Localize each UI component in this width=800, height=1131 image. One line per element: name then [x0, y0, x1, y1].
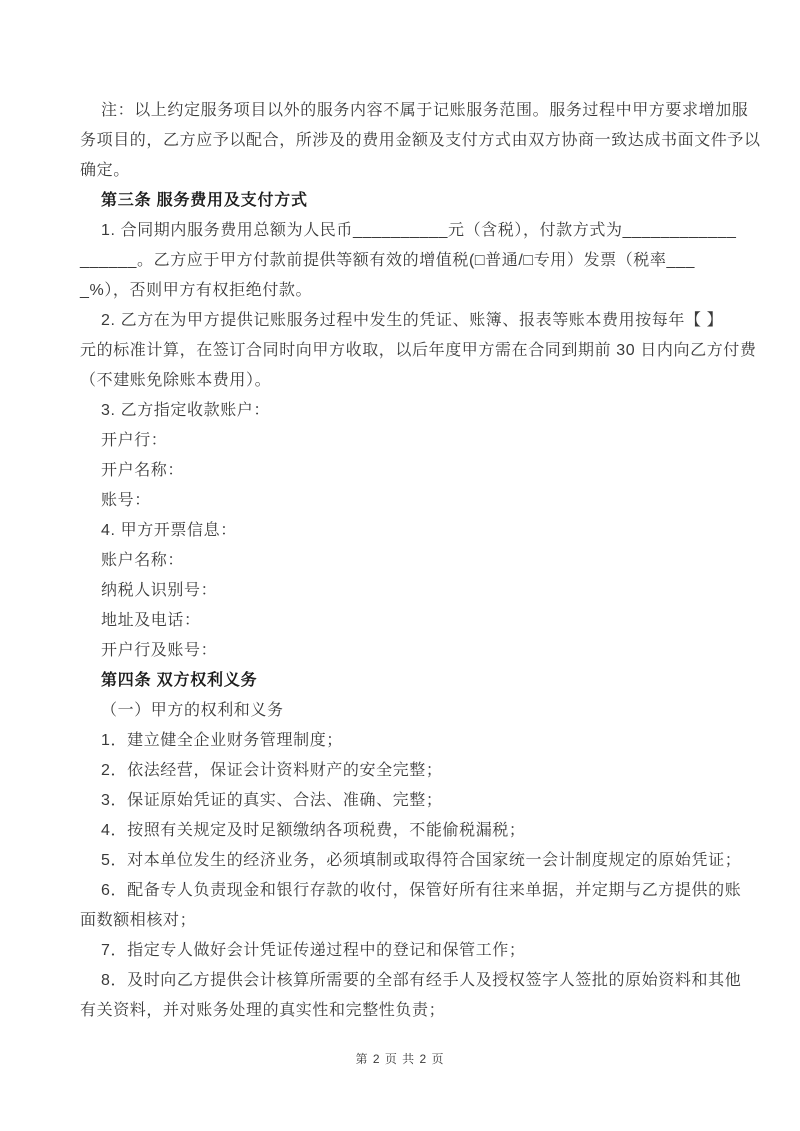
text-line: 开户行及账号：	[80, 636, 740, 666]
text-line: 纳税人识别号：	[80, 576, 740, 606]
text-line: 6．配备专人负责现金和银行存款的收付，保管好所有往来单据，并定期与乙方提供的账	[80, 876, 740, 906]
text-line: 4．按照有关规定及时足额缴纳各项税费，不能偷税漏税；	[80, 816, 740, 846]
text-line: 2．依法经营，保证会计资料财产的安全完整；	[80, 756, 740, 786]
text-line: 8．及时向乙方提供会计核算所需要的全部有经手人及授权签字人签批的原始资料和其他	[80, 966, 740, 996]
text-line: ______。乙方应于甲方付款前提供等额有效的增值税(□普通/□专用）发票（税率…	[80, 246, 740, 276]
text-line: （不建账免除账本费用）。	[80, 366, 740, 396]
text-line: 7．指定专人做好会计凭证传递过程中的登记和保管工作；	[80, 936, 740, 966]
text-line: 开户行：	[80, 426, 740, 456]
text-line: 4. 甲方开票信息：	[80, 516, 740, 546]
text-line: 3. 乙方指定收款账户：	[80, 396, 740, 426]
text-line: 账号：	[80, 486, 740, 516]
text-line: 有关资料，并对账务处理的真实性和完整性负责；	[80, 996, 740, 1026]
text-line: 开户名称：	[80, 456, 740, 486]
heading-line: 第三条 服务费用及支付方式	[80, 186, 740, 216]
text-line: 5．对本单位发生的经济业务，必须填制或取得符合国家统一会计制度规定的原始凭证；	[80, 846, 740, 876]
text-line: 1. 合同期内服务费用总额为人民币__________元（含税），付款方式为__…	[80, 216, 740, 246]
text-line: 1．建立健全企业财务管理制度；	[80, 726, 740, 756]
text-line: （一）甲方的权利和义务	[80, 696, 740, 726]
text-line: _%），否则甲方有权拒绝付款。	[80, 276, 740, 306]
text-line: 确定。	[80, 156, 740, 186]
heading-line: 第四条 双方权利义务	[80, 666, 740, 696]
page-number: 第 2 页 共 2 页	[355, 1052, 444, 1066]
document-page: 注：以上约定服务项目以外的服务内容不属于记账服务范围。服务过程中甲方要求增加服务…	[0, 0, 800, 1131]
text-line: 3．保证原始凭证的真实、合法、准确、完整；	[80, 786, 740, 816]
text-line: 2. 乙方在为甲方提供记账服务过程中发生的凭证、账簿、报表等账本费用按每年【 】	[80, 306, 740, 336]
page-footer: 第 2 页 共 2 页	[0, 1049, 800, 1069]
text-line: 务项目的，乙方应予以配合，所涉及的费用金额及支付方式由双方协商一致达成书面文件予…	[80, 126, 740, 156]
text-line: 元的标准计算，在签订合同时向甲方收取，以后年度甲方需在合同到期前 30 日内向乙…	[80, 336, 740, 366]
text-line: 账户名称：	[80, 546, 740, 576]
text-line: 地址及电话：	[80, 606, 740, 636]
document-body: 注：以上约定服务项目以外的服务内容不属于记账服务范围。服务过程中甲方要求增加服务…	[80, 96, 740, 1026]
text-line: 注：以上约定服务项目以外的服务内容不属于记账服务范围。服务过程中甲方要求增加服	[80, 96, 740, 126]
text-line: 面数额相核对；	[80, 906, 740, 936]
